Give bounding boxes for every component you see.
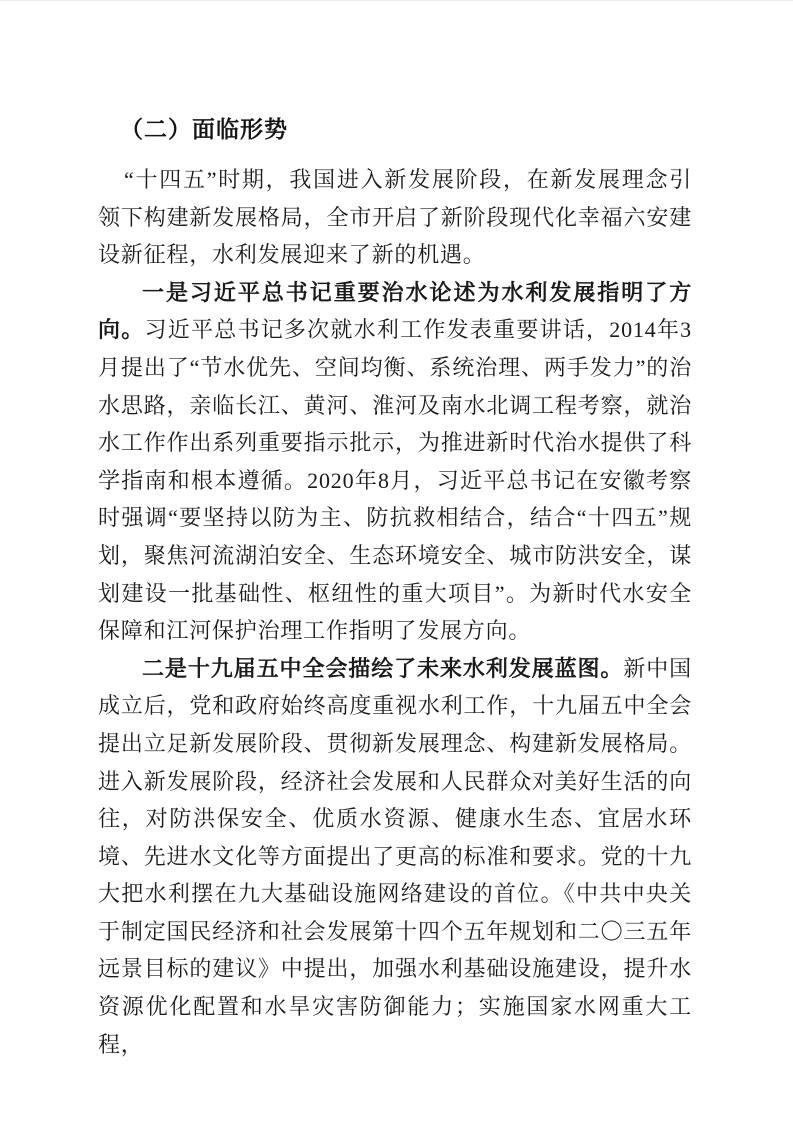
paragraph-point-two-body: 新中国成立后，党和政府始终高度重视水利工作，十九届五中全会提出立足新发展阶段、贯… [98,656,692,1057]
document-page: （二）面临形势 “十四五”时期，我国进入新发展阶段，在新发展理念引领下构建新发展… [0,0,793,1122]
paragraph-point-two-lead: 二是十九届五中全会描绘了未来水利发展蓝图。 [142,656,623,681]
paragraph-point-one: 一是习近平总书记重要治水论述为水利发展指明了方向。习近平总书记多次就水利工作发表… [98,274,692,650]
paragraph-intro: “十四五”时期，我国进入新发展阶段，在新发展理念引领下构建新发展格局，全市开启了… [98,161,692,274]
paragraph-point-two: 二是十九届五中全会描绘了未来水利发展蓝图。新中国成立后，党和政府始终高度重视水利… [98,650,692,1064]
section-heading: （二）面临形势 [98,110,692,148]
paragraph-intro-text: “十四五”时期，我国进入新发展阶段，在新发展理念引领下构建新发展格局，全市开启了… [98,167,692,267]
document-content: （二）面临形势 “十四五”时期，我国进入新发展阶段，在新发展理念引领下构建新发展… [98,110,692,1063]
paragraph-point-one-body: 习近平总书记多次就水利工作发表重要讲话，2014年3月提出了“节水优先、空间均衡… [98,317,692,643]
